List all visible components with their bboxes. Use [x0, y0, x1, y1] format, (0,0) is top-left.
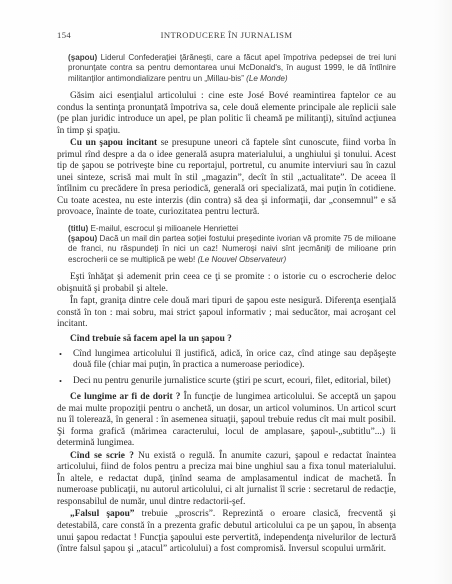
page-content: 154 INTRODUCERE ÎN JURNALISM (şapou) Lid… [57, 30, 396, 557]
paragraph-lead: Ce lungime ar fi de dorit ? [70, 392, 180, 402]
bullet-icon: • [57, 349, 73, 372]
excerpt-title-text: E-mailul, escrocul şi milioanele Henriet… [88, 224, 238, 233]
excerpt-le-monde: (şapou) Liderul Confederaţiei ţărăneşti,… [68, 53, 396, 84]
paragraph-esti-inhatat: Eşti înhăţat şi ademenit prin ceea ce ţi… [57, 272, 396, 295]
excerpt-source: (Le Nouvel Observateur) [198, 255, 287, 264]
bullet-text: Cînd lungimea articolului îl justifică, … [73, 349, 396, 372]
running-title: INTRODUCERE ÎN JURNALISM [127, 30, 396, 40]
paragraph-falsul-sapou: „Falsul şapou” trebuie „proscris”. Repre… [57, 509, 396, 555]
bullet-list: • Cînd lungimea articolului îl justifică… [57, 349, 396, 388]
excerpt-title-line: (titlu) E-mailul, escrocul şi milioanele… [68, 224, 396, 234]
excerpt-label-sapou: (şapou) [68, 234, 97, 243]
excerpt-source: (Le Monde) [246, 74, 287, 83]
paragraph-lead: Cu un şapou incitant [70, 138, 157, 148]
paragraph-text: În fapt, graniţa dintre cele două mari t… [57, 296, 396, 329]
paragraph-sapou-incitant: Cu un şapou incitant se presupune uneori… [57, 138, 396, 219]
excerpt-label-titlu: (titlu) [68, 224, 88, 233]
paragraph-ce-lungime: Ce lungime ar fi de dorit ? În funcţie d… [57, 392, 396, 450]
excerpt-observateur: (titlu) E-mailul, escrocul şi milioanele… [68, 224, 396, 265]
excerpt-text: Liderul Confederaţiei ţărăneşti, care a … [68, 53, 396, 83]
paragraph-text: Eşti înhăţat şi ademenit prin ceea ce ţi… [57, 272, 396, 294]
page-number: 154 [57, 30, 127, 40]
paragraph-cind-se-scrie: Cînd se scrie ? Nu există o regulă. În a… [57, 451, 396, 509]
paragraph-lead: Cînd se scrie ? [70, 451, 134, 461]
book-page: 154 INTRODUCERE ÎN JURNALISM (şapou) Lid… [0, 0, 452, 584]
paragraph-lead: „Falsul şapou” [70, 509, 135, 519]
list-item: • Deci nu pentru genurile jurnalistice s… [57, 376, 396, 388]
subheading-cind-trebuie: Cînd trebuie să facem apel la un şapou ? [57, 334, 396, 344]
paragraph-text: Găsim aici esenţialul articolului : cine… [57, 91, 396, 136]
paragraph-gasim: Găsim aici esenţialul articolului : cine… [57, 91, 396, 137]
excerpt-label-sapou: (şapou) [68, 53, 97, 62]
bullet-icon: • [57, 376, 73, 388]
list-item: • Cînd lungimea articolului îl justifică… [57, 349, 396, 372]
excerpt-sapou-line: (şapou) Dacă un mail din partea soţiei f… [68, 234, 396, 265]
excerpt-le-monde-body: (şapou) Liderul Confederaţiei ţărăneşti,… [68, 53, 396, 84]
page-header: 154 INTRODUCERE ÎN JURNALISM [57, 30, 396, 40]
paragraph-in-fapt: În fapt, graniţa dintre cele două mari t… [57, 296, 396, 331]
paragraph-text: se presupune uneori că faptele sînt cuno… [57, 138, 396, 217]
bullet-text: Deci nu pentru genurile jurnalistice scu… [73, 376, 396, 388]
